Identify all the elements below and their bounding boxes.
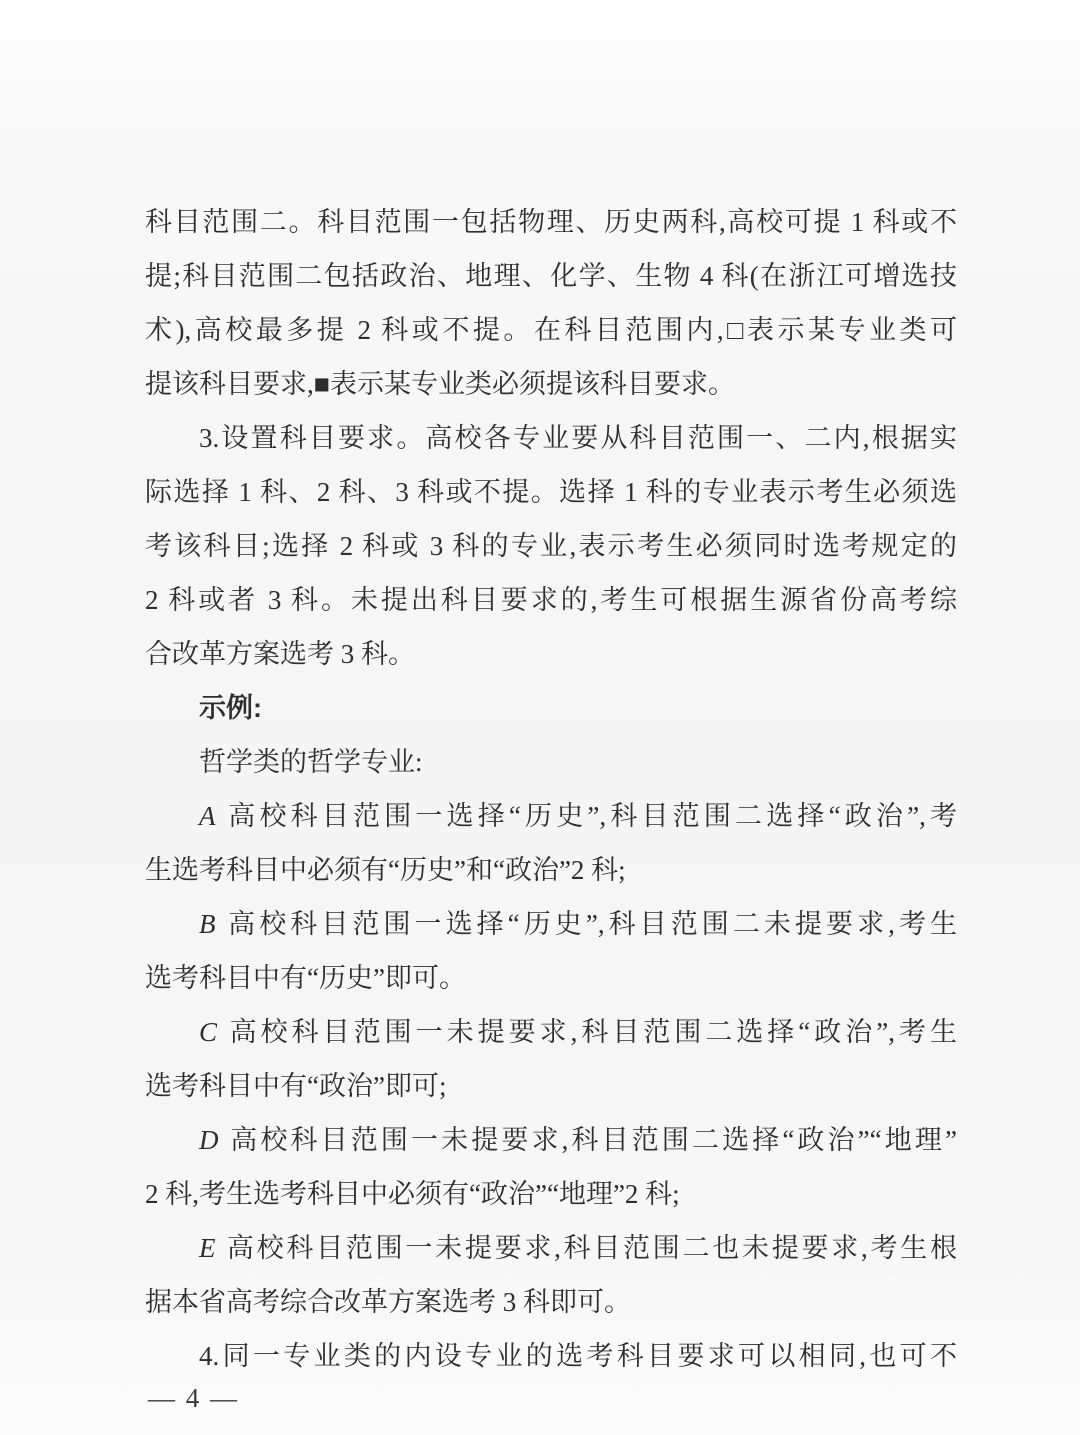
example-c-letter: C — [199, 1017, 217, 1047]
paragraph-2-line-4: 2 科或者 3 科。未提出科目要求的,考生可根据生源省份高考综 — [145, 573, 957, 627]
example-b-line-2: 选考科目中有“历史”即可。 — [145, 951, 957, 1005]
example-e-line-2: 据本省高考综合改革方案选考 3 科即可。 — [145, 1275, 957, 1329]
example-c-line-2: 选考科目中有“政治”即可; — [145, 1059, 957, 1113]
paragraph-1-line-1: 科目范围二。科目范围一包括物理、历史两科,高校可提 1 科或不 — [145, 195, 957, 249]
example-e-text-1: 高校科目范围一未提要求,科目范围二也未提要求,考生根 — [224, 1233, 957, 1263]
paragraph-1-line-2: 提;科目范围二包括政治、地理、化学、生物 4 科(在浙江可增选技 — [145, 249, 957, 303]
paragraph-2-line-3: 考该科目;选择 2 科或 3 科的专业,表示考生必须同时选考规定的 — [145, 519, 957, 573]
example-a-text-1: 高校科目范围一选择“历史”,科目范围二选择“政治”,考 — [224, 801, 957, 831]
example-d-text-1: 高校科目范围一未提要求,科目范围二选择“政治”“地理” — [227, 1125, 957, 1155]
example-d-line-1: D高校科目范围一未提要求,科目范围二选择“政治”“地理” — [145, 1113, 957, 1167]
paragraph-4-line-1: 4.同一专业类的内设专业的选考科目要求可以相同,也可不 — [145, 1329, 957, 1383]
example-intro: 哲学类的哲学专业: — [145, 735, 957, 789]
example-heading: 示例: — [145, 681, 957, 735]
example-b-line-1: B高校科目范围一选择“历史”,科目范围二未提要求,考生 — [145, 897, 957, 951]
example-d-line-2: 2 科,考生选考科目中必须有“政治”“地理”2 科; — [145, 1167, 957, 1221]
example-c-line-1: C高校科目范围一未提要求,科目范围二选择“政治”,考生 — [145, 1005, 957, 1059]
paragraph-2-line-5: 合改革方案选考 3 科。 — [145, 627, 957, 681]
example-e-line-1: E高校科目范围一未提要求,科目范围二也未提要求,考生根 — [145, 1221, 957, 1275]
document-body: 科目范围二。科目范围一包括物理、历史两科,高校可提 1 科或不 提;科目范围二包… — [145, 195, 957, 1383]
example-b-letter: B — [199, 909, 216, 939]
example-a-line-2: 生选考科目中必须有“历史”和“政治”2 科; — [145, 843, 957, 897]
paragraph-1-line-4: 提该科目要求,■表示某专业类必须提该科目要求。 — [145, 357, 957, 411]
example-e-letter: E — [199, 1233, 216, 1263]
example-heading-label: 示例: — [199, 693, 262, 723]
paragraph-1-line-3: 术),高校最多提 2 科或不提。在科目范围内,□表示某专业类可 — [145, 303, 957, 357]
example-a-letter: A — [199, 801, 216, 831]
paragraph-2-line-2: 际选择 1 科、2 科、3 科或不提。选择 1 科的专业表示考生必须选 — [145, 465, 957, 519]
example-c-text-1: 高校科目范围一未提要求,科目范围二选择“政治”,考生 — [226, 1017, 957, 1047]
page-number: — 4 — — [148, 1378, 239, 1418]
document-page: 科目范围二。科目范围一包括物理、历史两科,高校可提 1 科或不 提;科目范围二包… — [0, 0, 1080, 1435]
example-a-line-1: A高校科目范围一选择“历史”,科目范围二选择“政治”,考 — [145, 789, 957, 843]
example-d-letter: D — [199, 1125, 219, 1155]
example-b-text-1: 高校科目范围一选择“历史”,科目范围二未提要求,考生 — [224, 909, 957, 939]
paragraph-2-line-1: 3.设置科目要求。高校各专业要从科目范围一、二内,根据实 — [145, 411, 957, 465]
